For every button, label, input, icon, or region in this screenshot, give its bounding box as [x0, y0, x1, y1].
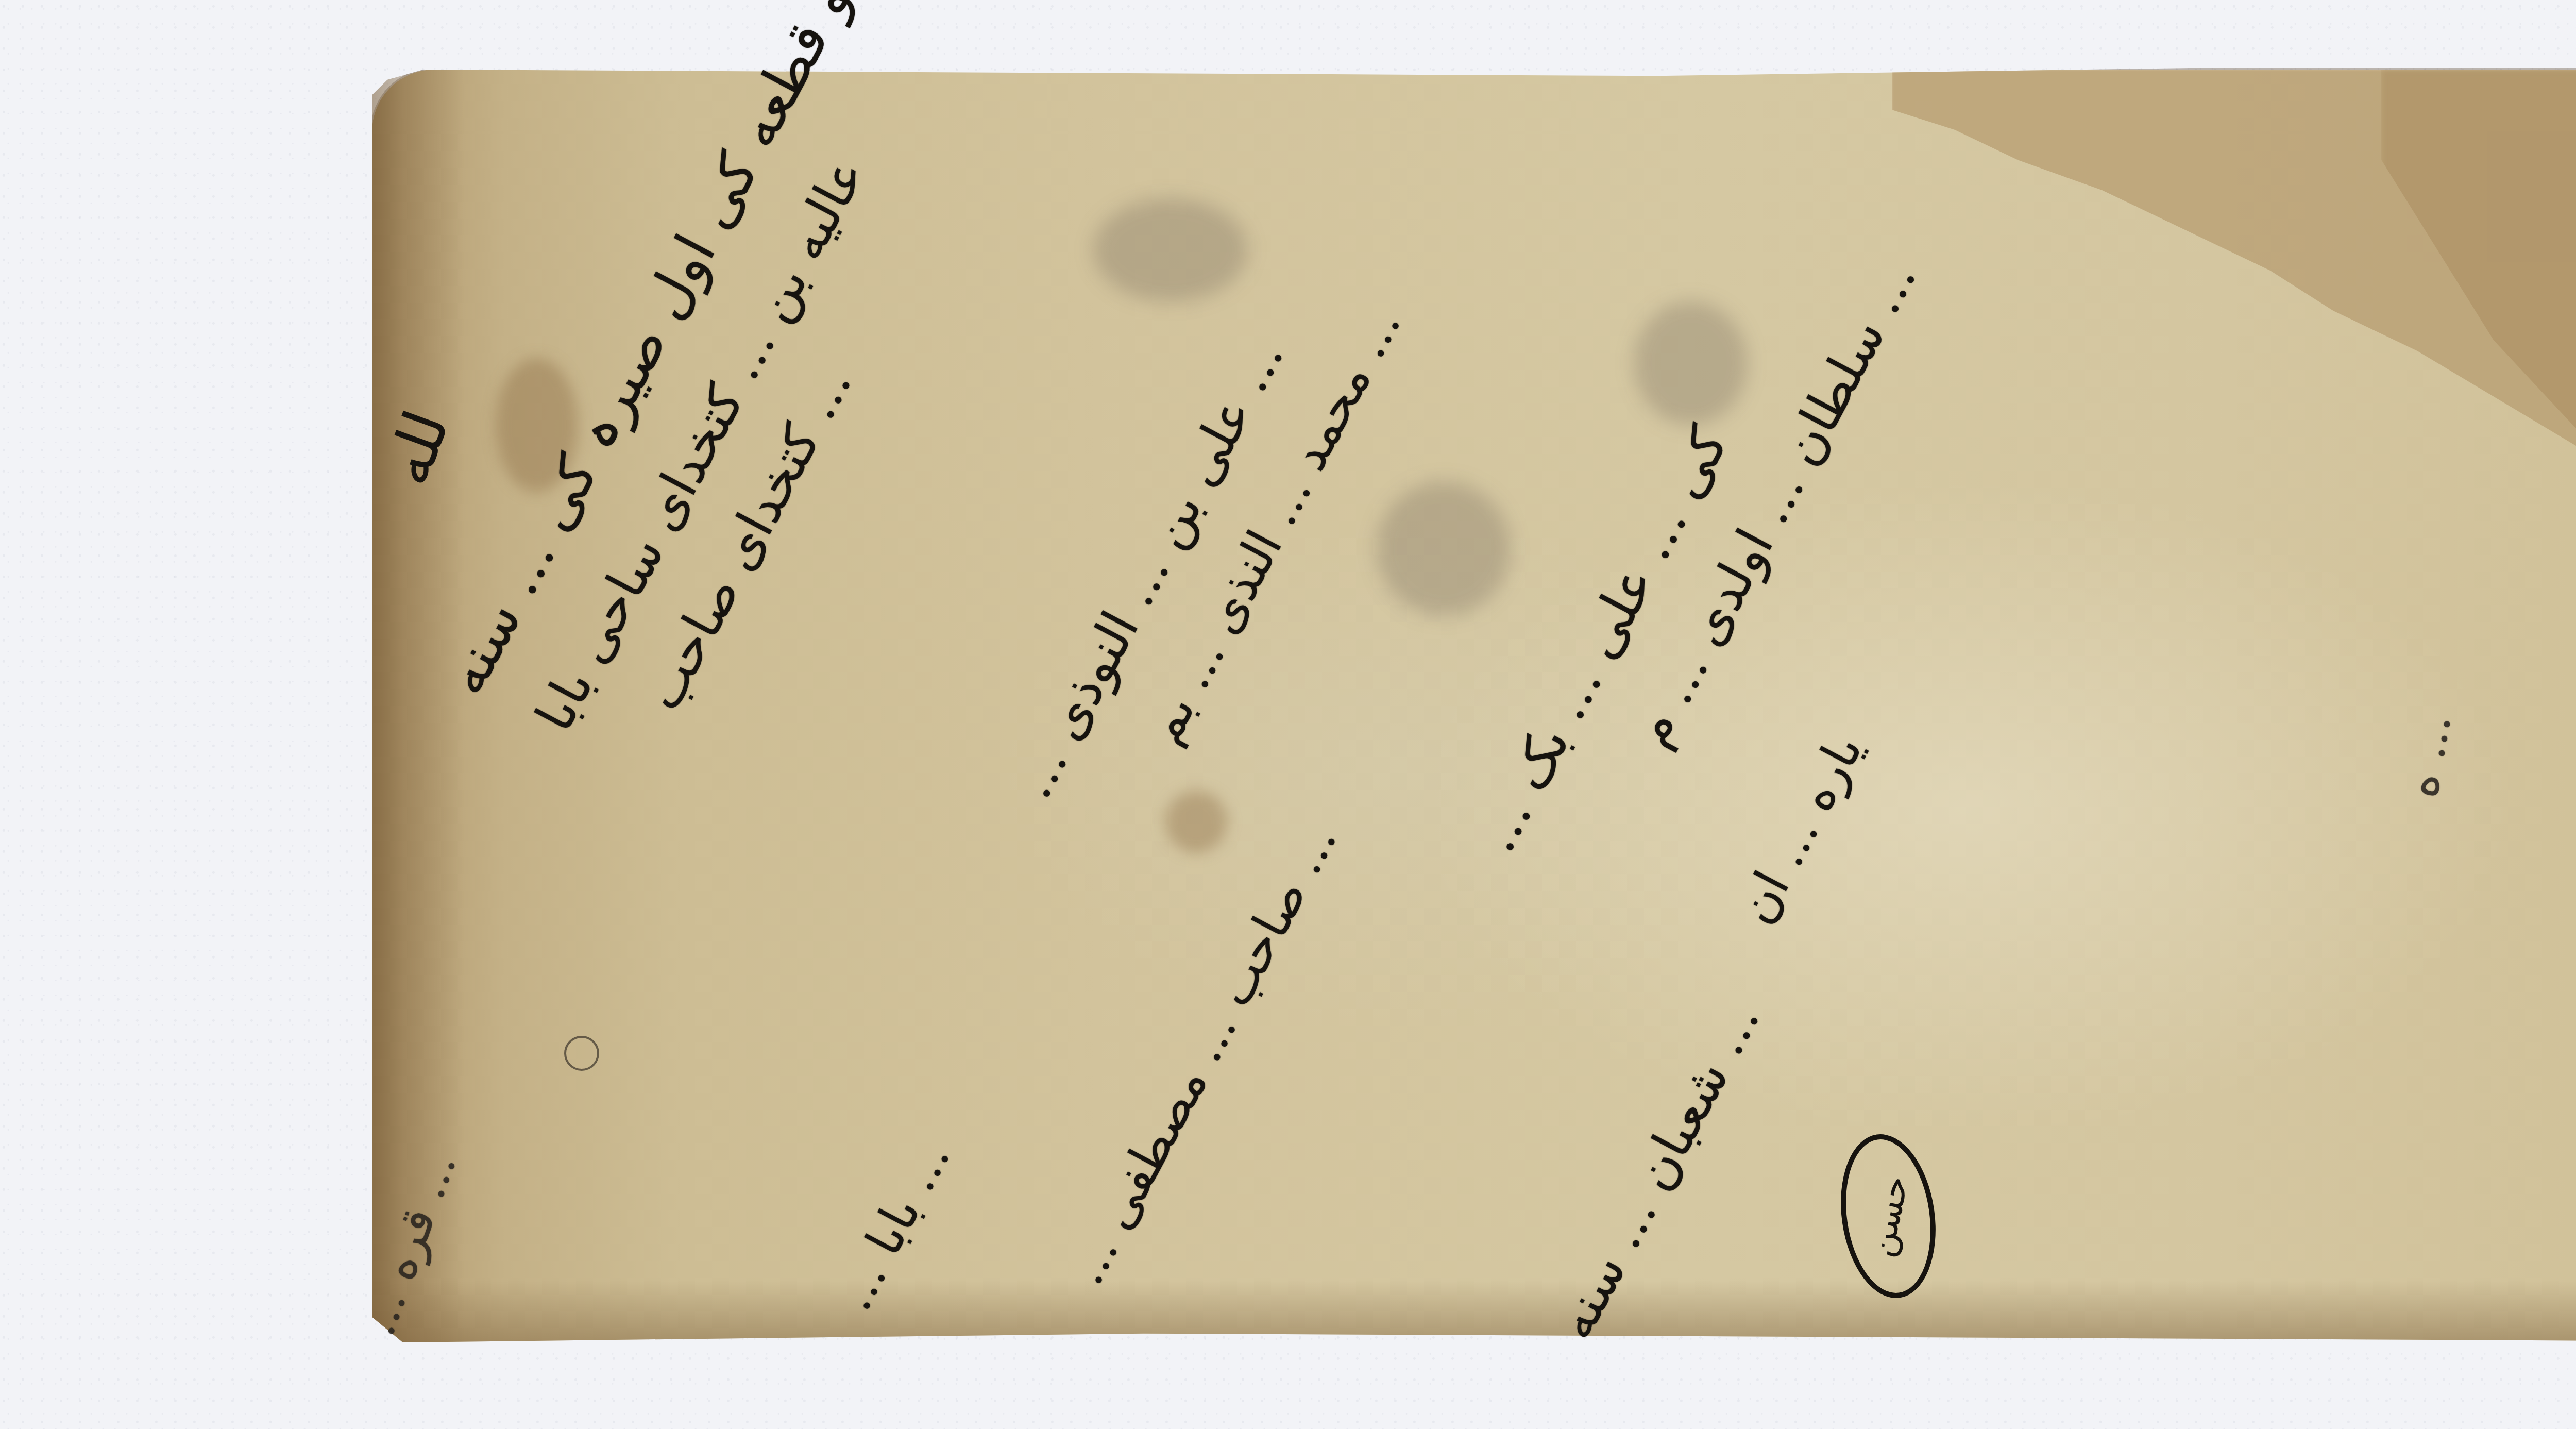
water-stain-core: [2381, 70, 2576, 971]
ink-smudge: [1093, 198, 1248, 301]
small-drawn-circle: [564, 1036, 599, 1071]
seal-text: حسن: [1859, 1172, 1917, 1261]
ink-smudge: [1377, 482, 1511, 616]
paper-edge-bottom: [372, 1281, 2576, 1342]
ink-smudge: [1634, 301, 1748, 425]
foxing-stain: [1165, 791, 1227, 853]
